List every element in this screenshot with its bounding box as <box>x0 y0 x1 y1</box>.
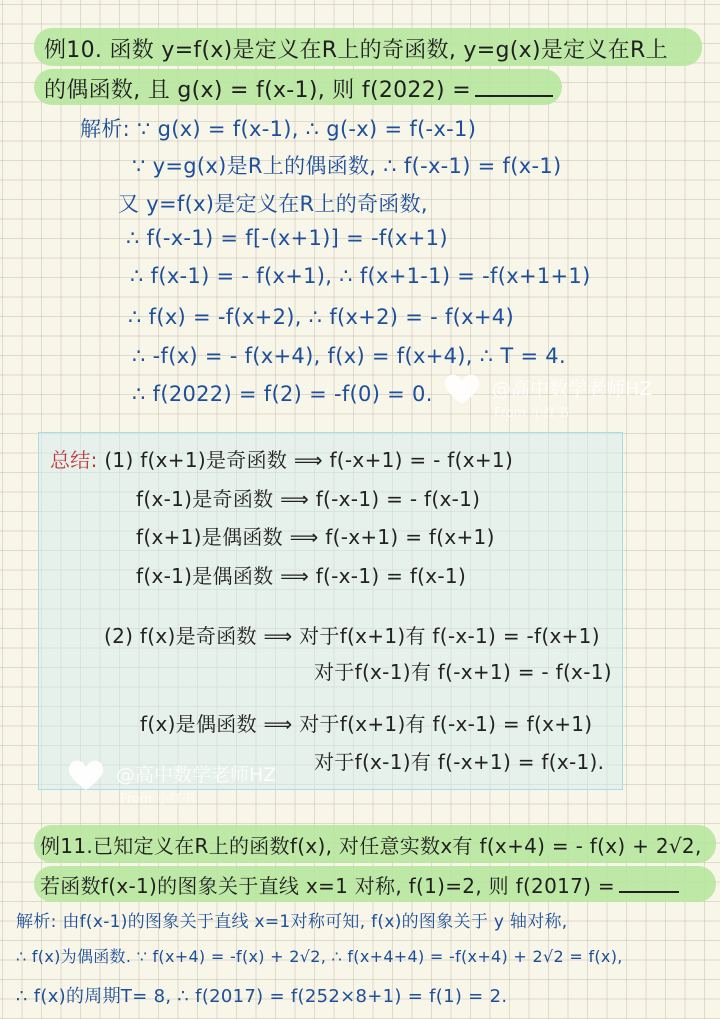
heart-watermark-icon <box>66 758 106 792</box>
summary-part2-even-line: 对于f(x+1)有 f(-x-1) = f(x+1) <box>299 712 592 736</box>
summary-row: 总结: (1) f(x+1)是奇函数 ⟹ f(-x+1) = - f(x+1) <box>50 444 513 473</box>
summary-part2-even-head: f(x)是偶函数 ⟹ <box>140 712 293 736</box>
example11-solution-line: 解析: 由f(x-1)的图象关于直线 x=1对称可知, f(x)的图象关于 y … <box>16 907 568 932</box>
summary-part1-marker: (1) <box>104 448 133 472</box>
summary-part2-even-line: 对于f(x-1)有 f(-x+1) = f(x-1). <box>314 746 604 775</box>
summary-part2-even-row: f(x)是偶函数 ⟹ 对于f(x+1)有 f(-x-1) = f(x+1) <box>140 708 592 737</box>
example10-solution-line: ∴ f(x-1) = - f(x+1), ∴ f(x+1-1) = -f(x+1… <box>130 264 591 288</box>
example11-solution-line: ∴ f(x)为偶函数. ∵ f(x+4) = -f(x) + 2√2, ∴ f(… <box>16 944 623 967</box>
summary-part2-odd-row: (2) f(x)是奇函数 ⟹ 对于f(x+1)有 f(-x-1) = -f(x+… <box>104 620 600 649</box>
answer-blank <box>475 79 553 97</box>
example10-solution-line: 又 y=f(x)是定义在R上的奇函数, <box>118 188 428 218</box>
summary-part1-line: f(x-1)是奇函数 ⟹ f(-x-1) = - f(x-1) <box>136 483 480 512</box>
example10-question-line2-text: 的偶函数, 且 g(x) = f(x-1), 则 f(2022) = <box>44 78 471 103</box>
watermark-text: @高中数学老师HZ <box>116 760 276 787</box>
summary-part2-odd-line: 对于f(x-1)有 f(-x+1) = - f(x-1) <box>314 656 612 685</box>
example11-solution-line: ∴ f(x)的周期T= 8, ∴ f(2017) = f(252×8+1) = … <box>16 982 507 1008</box>
summary-part2-marker: (2) <box>104 624 133 648</box>
summary-part1-line: f(x+1)是偶函数 ⟹ f(-x+1) = f(x+1) <box>136 521 495 550</box>
example11-question-line1: 例11.已知定义在R上的函数f(x), 对任意实数x有 f(x+4) = - f… <box>40 830 702 859</box>
watermark-subtext: From 小红书 <box>120 788 195 807</box>
example10-solution-line: ∴ f(2022) = f(2) = -f(0) = 0. <box>132 382 433 406</box>
summary-label: 总结: <box>50 448 98 472</box>
watermark-subtext: From 小红书 <box>494 402 569 421</box>
summary-part2-odd-head: f(x)是奇函数 ⟹ <box>140 624 293 648</box>
heart-watermark-icon <box>442 372 482 406</box>
summary-part1-line: f(x+1)是奇函数 ⟹ f(-x+1) = - f(x+1) <box>140 448 513 472</box>
example10-solution-line: ∴ -f(x) = - f(x+4), f(x) = f(x+4), ∴ T =… <box>132 344 566 368</box>
example10-solution-line: 解析: ∵ g(x) = f(x-1), ∴ g(-x) = f(-x-1) <box>80 113 476 143</box>
example11-question-line2-text: 若函数f(x-1)的图象关于直线 x=1 对称, f(1)=2, 则 f(201… <box>40 874 615 898</box>
example10-solution-line: ∵ y=g(x)是R上的偶函数, ∴ f(-x-1) = f(x-1) <box>132 150 562 180</box>
summary-part2-odd-line: 对于f(x+1)有 f(-x-1) = -f(x+1) <box>299 624 600 648</box>
answer-blank <box>619 875 679 893</box>
example10-solution-line: ∴ f(-x-1) = f[-(x+1)] = -f(x+1) <box>126 226 448 250</box>
example10-solution-line: ∴ f(x) = -f(x+2), ∴ f(x+2) = - f(x+4) <box>128 305 514 329</box>
example10-question-line1: 例10. 函数 y=f(x)是定义在R上的奇函数, y=g(x)是定义在R上 <box>44 33 668 64</box>
summary-part1-line: f(x-1)是偶函数 ⟹ f(-x-1) = f(x-1) <box>136 560 466 589</box>
watermark-text: @高中数学老师HZ <box>492 374 652 401</box>
example11-question-line2: 若函数f(x-1)的图象关于直线 x=1 对称, f(1)=2, 则 f(201… <box>40 870 679 899</box>
example10-question-line2: 的偶函数, 且 g(x) = f(x-1), 则 f(2022) = <box>44 73 553 104</box>
